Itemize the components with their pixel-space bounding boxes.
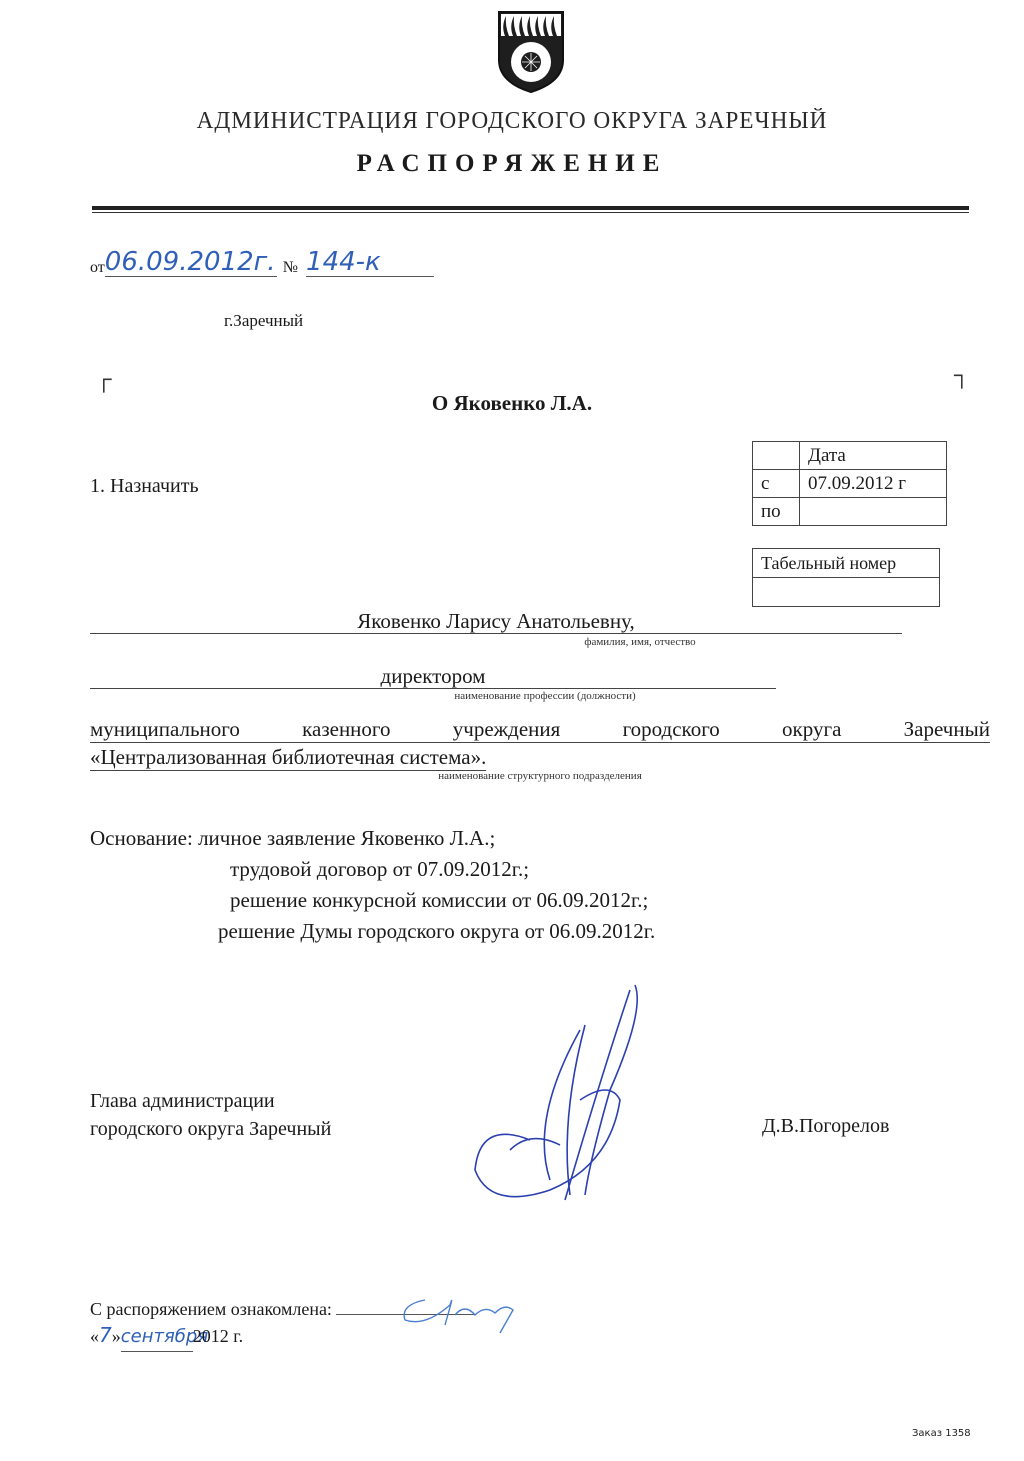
acknowledgement-signature-icon [395,1285,525,1340]
handwritten-date: 06.09.2012г. [105,248,277,277]
signer-position: Глава администрации городского округа За… [90,1087,331,1143]
number-prefix: № [283,259,298,277]
coat-of-arms-icon [497,10,565,94]
handwritten-signature-icon [470,970,670,1210]
handwritten-month: сентября [121,1323,193,1352]
header-divider-thick [92,206,969,210]
position: директором [90,664,776,689]
basis-item: трудовой договор от 07.09.2012г.; [90,854,655,885]
personnel-number-header: Табельный номер [753,549,940,578]
corner-mark-left: ┌ [96,366,112,392]
basis-item: решение Думы городского округа от 06.09.… [90,916,655,947]
dates-table: Дата с 07.09.2012 г по [752,441,947,526]
handwritten-day: 7 [99,1323,112,1347]
department-line-2: «Централизованная библиотечная система». [90,744,486,771]
department-line-1: муниципального казенного учреждения горо… [90,716,990,743]
dates-header: Дата [800,442,947,470]
document-type: РАСПОРЯЖЕНИЕ [0,150,1024,178]
personnel-number-table: Табельный номер [752,548,940,607]
header-divider-thin [92,212,969,213]
organization-name: АДМИНИСТРАЦИЯ ГОРОДСКОГО ОКРУГА ЗАРЕЧНЫЙ [15,108,1008,135]
order-number: Заказ 1358 [912,1428,971,1439]
basis-item: личное заявление Яковенко Л.А.; [198,826,495,850]
date-from-value: 07.09.2012 г [800,470,947,498]
acknowledgement-label: С распоряжением ознакомлена: [90,1299,332,1319]
date-prefix: от [90,259,105,277]
employee-name-caption: фамилия, имя, отчество [400,636,880,648]
item-1-label: 1. Назначить [90,475,199,498]
date-from-label: с [753,470,800,498]
personnel-number-value [753,578,940,607]
date-to-value [800,498,947,526]
department-caption: наименование структурного подразделения [300,770,780,782]
position-caption: наименование профессии (должности) [300,690,790,702]
basis-item: решение конкурсной комиссии от 06.09.201… [90,885,655,916]
basis-label: Основание: [90,826,193,850]
signer-name: Д.В.Погорелов [762,1115,889,1138]
acknowledgement-year: 2012 г. [193,1326,243,1346]
city: г.Заречный [224,311,303,331]
corner-mark-right: ┐ [954,362,970,388]
registration-line: от 06.09.2012г. № 144-к [90,248,434,277]
date-to-label: по [753,498,800,526]
employee-name: Яковенко Ларису Анатольевну, [90,609,902,634]
basis-section: Основание: личное заявление Яковенко Л.А… [90,823,655,947]
handwritten-number: 144-к [306,248,434,277]
document-title: О Яковенко Л.А. [0,391,1024,416]
